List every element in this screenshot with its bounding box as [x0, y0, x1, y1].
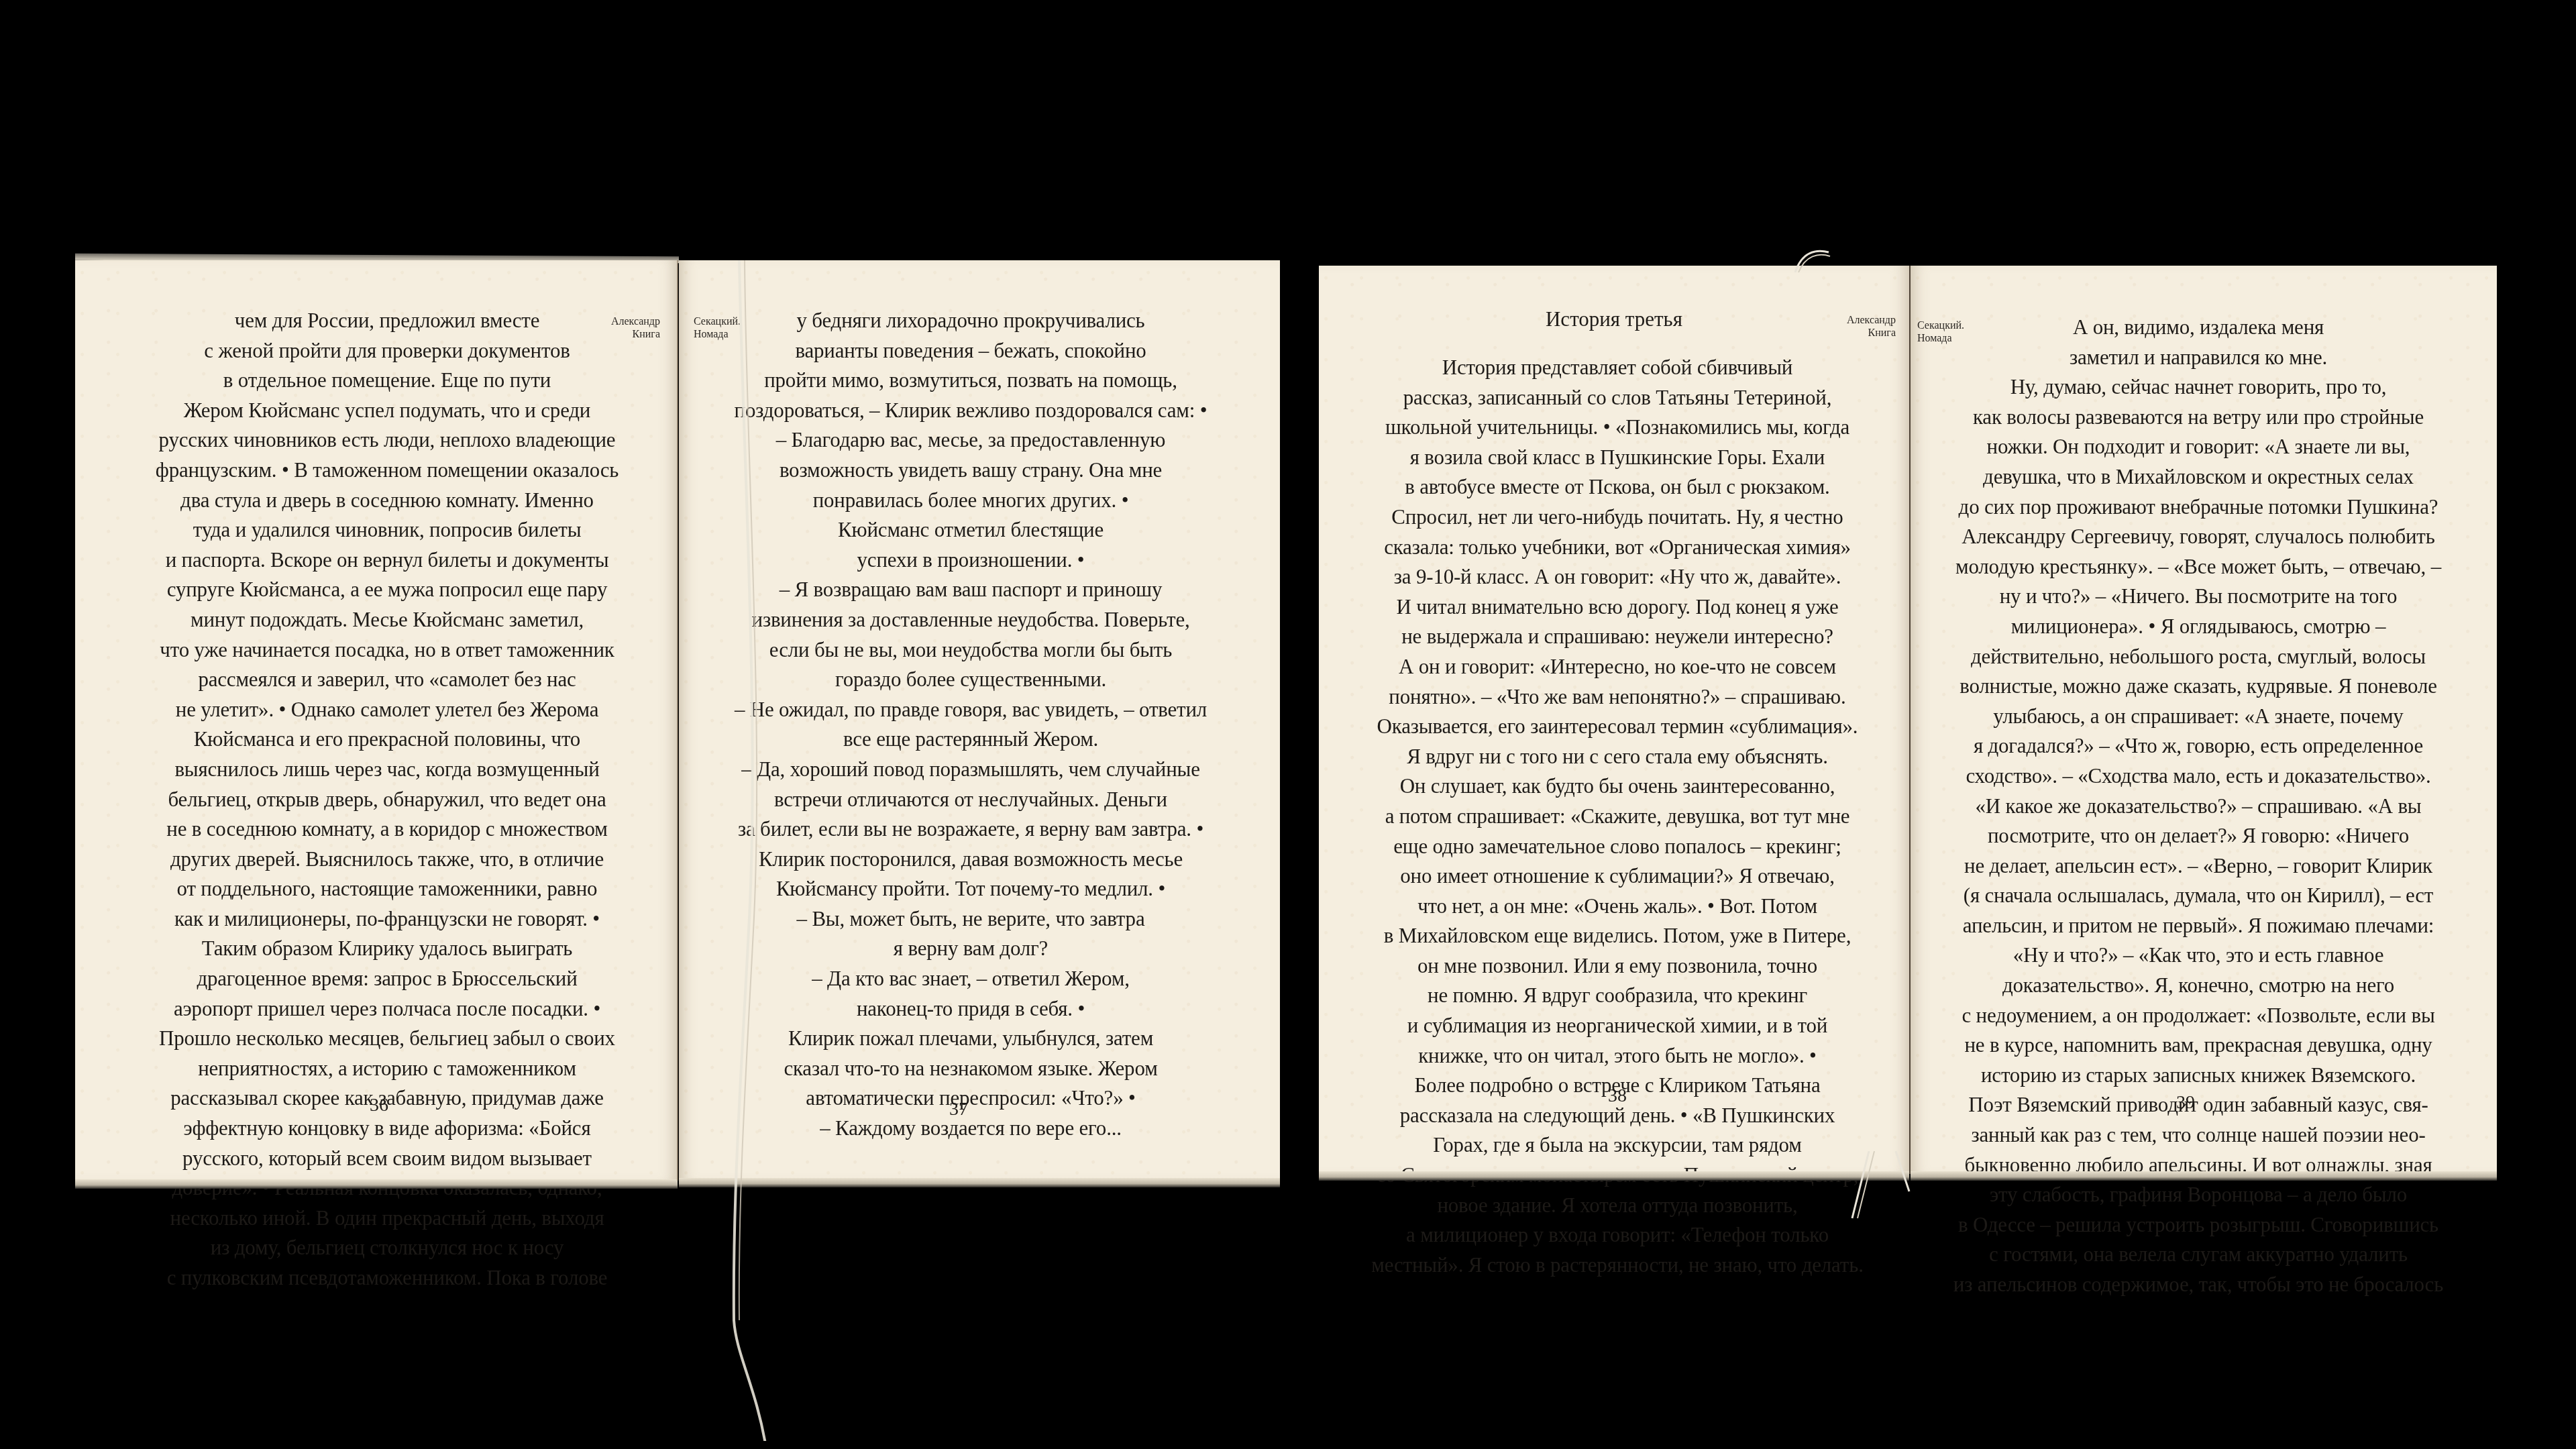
text-line: еще одно замечательное слово попалось – …	[1339, 832, 1896, 862]
text-line: заметил и направился ко мне.	[1920, 343, 2477, 373]
text-line: извинения за доставленные неудобства. По…	[692, 605, 1249, 635]
text-line: – Да, хороший повод поразмышлять, чем сл…	[692, 755, 1249, 785]
text-line: не в соседнюю комнату, а в коридор с мно…	[109, 814, 665, 845]
text-line: Прошло несколько месяцев, бельгиец забыл…	[109, 1024, 665, 1054]
page-38-body-text: История представляет собой сбивчивыйрасс…	[1339, 353, 1896, 1280]
text-line: выяснилось лишь через час, когда возмуще…	[109, 755, 665, 785]
text-line: Горах, где я была на экскурсии, там рядо…	[1339, 1130, 1896, 1161]
text-line: что нет, а он мне: «Очень жаль». • Вот. …	[1339, 892, 1896, 922]
text-line: История представляет собой сбивчивый	[1339, 353, 1896, 383]
text-line: успехи в произношении. •	[692, 545, 1249, 576]
text-line: я верну вам долг?	[692, 934, 1249, 964]
text-line: новое здание. Я хотела оттуда позвонить,	[1339, 1191, 1896, 1221]
text-line: сказал что-то на незнакомом языке. Жером	[692, 1054, 1249, 1084]
text-line: в автобусе вместе от Пскова, он был с рю…	[1339, 472, 1896, 502]
right-spread: История третья Александр Книга История п…	[1319, 266, 2497, 1174]
text-line: несколько иной. В один прекрасный день, …	[109, 1203, 665, 1234]
page-edge-bottom	[1319, 1171, 1909, 1181]
text-line: аэропорт пришел через полчаса после поса…	[109, 994, 665, 1024]
page-36: Александр Книга чем для России, предложи…	[75, 260, 678, 1181]
text-line: а потом спрашивает: «Скажите, девушка, в…	[1339, 802, 1896, 832]
text-line: не делает, апельсин ест». – «Верно, – го…	[1920, 851, 2477, 881]
text-line: два стула и дверь в соседнюю комнату. Им…	[109, 486, 665, 516]
text-line: как волосы развеваются на ветру или про …	[1920, 402, 2477, 433]
text-line: Он слушает, как будто бы очень заинтерес…	[1339, 771, 1896, 802]
page-37: Секацкий. Номада у бедняги лихорадочно п…	[679, 260, 1280, 1181]
text-line: эту слабость, графиня Воронцова – а дело…	[1920, 1180, 2477, 1210]
text-line: варианты поведения – бежать, спокойно	[692, 336, 1249, 366]
text-line: русского, который всем своим видом вызыв…	[109, 1144, 665, 1174]
text-line: сходство». – «Сходства мало, есть и дока…	[1920, 761, 2477, 792]
text-line: минут подождать. Месье Кюйсманс заметил,	[109, 605, 665, 635]
page-edge-bottom	[75, 1179, 678, 1189]
text-line: действительно, небольшого роста, смуглый…	[1920, 642, 2477, 672]
text-line: понятно». – «Что же вам непонятно?» – сп…	[1339, 682, 1896, 712]
text-line: историю из старых записных книжек Вяземс…	[1920, 1061, 2477, 1091]
text-line: А он и говорит: «Интересно, но кое-что н…	[1339, 652, 1896, 682]
text-line: Таким образом Клирику удалось выиграть	[109, 934, 665, 964]
page-number-38: 38	[1591, 1085, 1644, 1107]
text-line: книжке, что он читал, этого быть не могл…	[1339, 1041, 1896, 1071]
text-line: он мне позвонил. Или я ему позвонила, то…	[1339, 951, 1896, 981]
text-line: оно имеет отношение к сублимации?» Я отв…	[1339, 861, 1896, 892]
text-line: апельсин, и притом не первый». Я пожимаю…	[1920, 911, 2477, 941]
text-line: – Да кто вас знает, – ответил Жером,	[692, 964, 1249, 994]
text-line: рассмеялся и заверил, что «самолет без н…	[109, 665, 665, 695]
text-line: все еще растерянный Жером.	[692, 724, 1249, 755]
text-line: от поддельного, настоящие таможенники, р…	[109, 874, 665, 904]
text-line: поздороваться, – Клирик вежливо поздоров…	[692, 396, 1249, 426]
text-line: «И какое же доказательство?» – спрашиваю…	[1920, 792, 2477, 822]
text-line: с гостями, она велела слугам аккуратно у…	[1920, 1240, 2477, 1270]
text-line: из апельсинов содержимое, так, чтобы это…	[1920, 1270, 2477, 1300]
text-line: с женой пройти для проверки документов	[109, 336, 665, 366]
text-line: эффектную концовку в виде афоризма: «Бой…	[109, 1114, 665, 1144]
left-spread: Александр Книга чем для России, предложи…	[75, 260, 1280, 1181]
text-line: других дверей. Выяснилось также, что, в …	[109, 845, 665, 875]
text-line: я возила свой класс в Пушкинские Горы. Е…	[1339, 443, 1896, 473]
page-38: История третья Александр Книга История п…	[1319, 266, 1909, 1174]
text-line: улыбаюсь, а он спрашивает: «А знаете, по…	[1920, 702, 2477, 732]
text-line: – Благодарю вас, месье, за предоставленн…	[692, 425, 1249, 455]
text-line: Кюйсмансу пройти. Тот почему-то медлил. …	[692, 874, 1249, 904]
text-line: русских чиновников есть люди, неплохо вл…	[109, 425, 665, 455]
text-line: Жером Кюйсманс успел подумать, что и сре…	[109, 396, 665, 426]
page-edge-bottom	[679, 1178, 1280, 1187]
text-line: французским. • В таможенном помещении ок…	[109, 455, 665, 486]
text-line: Оказывается, его заинтересовал термин «с…	[1339, 712, 1896, 742]
text-line: и сублимация из неорганической химии, и …	[1339, 1011, 1896, 1041]
spine	[677, 260, 678, 1181]
text-line: за 9-10-й класс. А он говорит: «Ну что ж…	[1339, 562, 1896, 592]
text-line: – Вы, может быть, не верите, что завтра	[692, 904, 1249, 934]
text-line: как и милиционеры, по-французски не гово…	[109, 904, 665, 934]
text-line: не выдержала и спрашиваю: неужели интере…	[1339, 622, 1896, 652]
text-line: Кюйсманс отметил блестящие	[692, 515, 1249, 545]
page-39: Секацкий. Номада А он, видимо, издалека …	[1911, 266, 2497, 1174]
text-line: ну и что?» – «Ничего. Вы посмотрите на т…	[1920, 582, 2477, 612]
text-line: в отдельное помещение. Еще по пути	[109, 366, 665, 396]
text-line: местный». Я стою в растерянности, не зна…	[1339, 1250, 1896, 1281]
page-39-body-text: А он, видимо, издалека менязаметил и нап…	[1920, 313, 2477, 1300]
text-line: и паспорта. Вскоре он вернул билеты и до…	[109, 545, 665, 576]
text-line: «Ну и что?» – «Как что, это и есть главн…	[1920, 941, 2477, 971]
text-line: Ну, думаю, сейчас начнет говорить, про т…	[1920, 372, 2477, 402]
text-line: не улетит». • Однако самолет улетел без …	[109, 695, 665, 725]
text-line: в Михайловском еще виделись. Потом, уже …	[1339, 921, 1896, 951]
text-line: И читал внимательно всю дорогу. Под коне…	[1339, 592, 1896, 623]
text-line: не в курсе, напомнить вам, прекрасная де…	[1920, 1030, 2477, 1061]
text-line: я догадался?» – «Что ж, говорю, есть опр…	[1920, 731, 2477, 761]
text-line: если бы не вы, мои неудобства могли бы б…	[692, 635, 1249, 665]
text-line: (я сначала ослышалась, думала, что он Ки…	[1920, 881, 2477, 911]
text-line: доказательство». Я, конечно, смотрю на н…	[1920, 971, 2477, 1001]
text-line: ножки. Он подходит и говорит: «А знаете …	[1920, 432, 2477, 462]
text-line: встречи отличаются от неслучайных. Деньг…	[692, 785, 1249, 815]
page-37-body-text: у бедняги лихорадочно прокручивалисьвари…	[692, 306, 1249, 1144]
running-head-author: Александр Книга	[1815, 314, 1896, 339]
text-line: девушка, что в Михайловском и окрестных …	[1920, 462, 2477, 492]
text-line: наконец-то придя в себя. •	[692, 994, 1249, 1024]
text-line: молодую крестьянку». – «Все может быть, …	[1920, 552, 2477, 582]
text-line: Я вдруг ни с того ни с сего стала ему об…	[1339, 742, 1896, 772]
text-line: за билет, если вы не возражаете, я верну…	[692, 814, 1249, 845]
text-line: бельгиец, открыв дверь, обнаружил, что в…	[109, 785, 665, 815]
text-line: а милиционер у входа говорит: «Телефон т…	[1339, 1220, 1896, 1250]
text-line: Кюйсманса и его прекрасной половины, что	[109, 724, 665, 755]
text-line: занный как раз с тем, что солнце нашей п…	[1920, 1120, 2477, 1150]
page-36-body-text: чем для России, предложил вместес женой …	[109, 306, 665, 1293]
text-line: – Не ожидал, по правде говоря, вас увиде…	[692, 695, 1249, 725]
text-line: не помню. Я вдруг сообразила, что крекин…	[1339, 981, 1896, 1011]
text-line: драгоценное время: запрос в Брюссельский	[109, 964, 665, 994]
page-edge-bottom	[1911, 1171, 2497, 1181]
text-line: гораздо более существенными.	[692, 665, 1249, 695]
text-line: Александру Сергеевичу, говорят, случалос…	[1920, 522, 2477, 552]
text-line: чем для России, предложил вместе	[109, 306, 665, 336]
text-line: Спросил, нет ли чего-нибудь почитать. Ну…	[1339, 502, 1896, 533]
text-line: до сих пор проживают внебрачные потомки …	[1920, 492, 2477, 523]
text-line: Клирик посторонился, давая возможность м…	[692, 845, 1249, 875]
text-line: рассказ, записанный со слов Татьяны Тете…	[1339, 383, 1896, 413]
text-line: неприятностях, а историю с таможенником	[109, 1054, 665, 1084]
chapter-title: История третья	[1507, 307, 1721, 331]
text-line: А он, видимо, издалека меня	[1920, 313, 2477, 343]
text-line: у бедняги лихорадочно прокручивались	[692, 306, 1249, 336]
page-number-36: 36	[352, 1095, 406, 1116]
text-line: посмотрите, что он делает?» Я говорю: «Н…	[1920, 821, 2477, 851]
text-line: супруге Кюйсманса, а ее мужа попросил ещ…	[109, 575, 665, 605]
text-line: возможность увидеть вашу страну. Она мне	[692, 455, 1249, 486]
text-line: волнистые, можно даже сказать, кудрявые.…	[1920, 672, 2477, 702]
text-line: из дому, бельгиец столкнулся нос к носу	[109, 1233, 665, 1263]
text-line: туда и удалился чиновник, попросив билет…	[109, 515, 665, 545]
text-line: что уже начинается посадка, но в ответ т…	[109, 635, 665, 665]
text-line: школьной учительницы. • «Познакомились м…	[1339, 413, 1896, 443]
text-line: Клирик пожал плечами, улыбнулся, затем	[692, 1024, 1249, 1054]
text-line: – Я возвращаю вам ваш паспорт и приношу	[692, 575, 1249, 605]
page-number-37: 37	[932, 1099, 985, 1120]
text-line: милиционера». • Я оглядываюсь, смотрю –	[1920, 612, 2477, 642]
text-line: понравилась более многих других. •	[692, 486, 1249, 516]
text-line: с пулковским псевдотаможенником. Пока в …	[109, 1263, 665, 1293]
text-line: пройти мимо, возмутиться, позвать на пом…	[692, 366, 1249, 396]
text-line: сказала: только учебники, вот «Органичес…	[1339, 533, 1896, 563]
page-number-39: 39	[2159, 1092, 2212, 1114]
text-line: в Одессе – решила устроить розыгрыш. Сго…	[1920, 1210, 2477, 1240]
text-line: с недоумением, а он продолжает: «Позволь…	[1920, 1001, 2477, 1031]
